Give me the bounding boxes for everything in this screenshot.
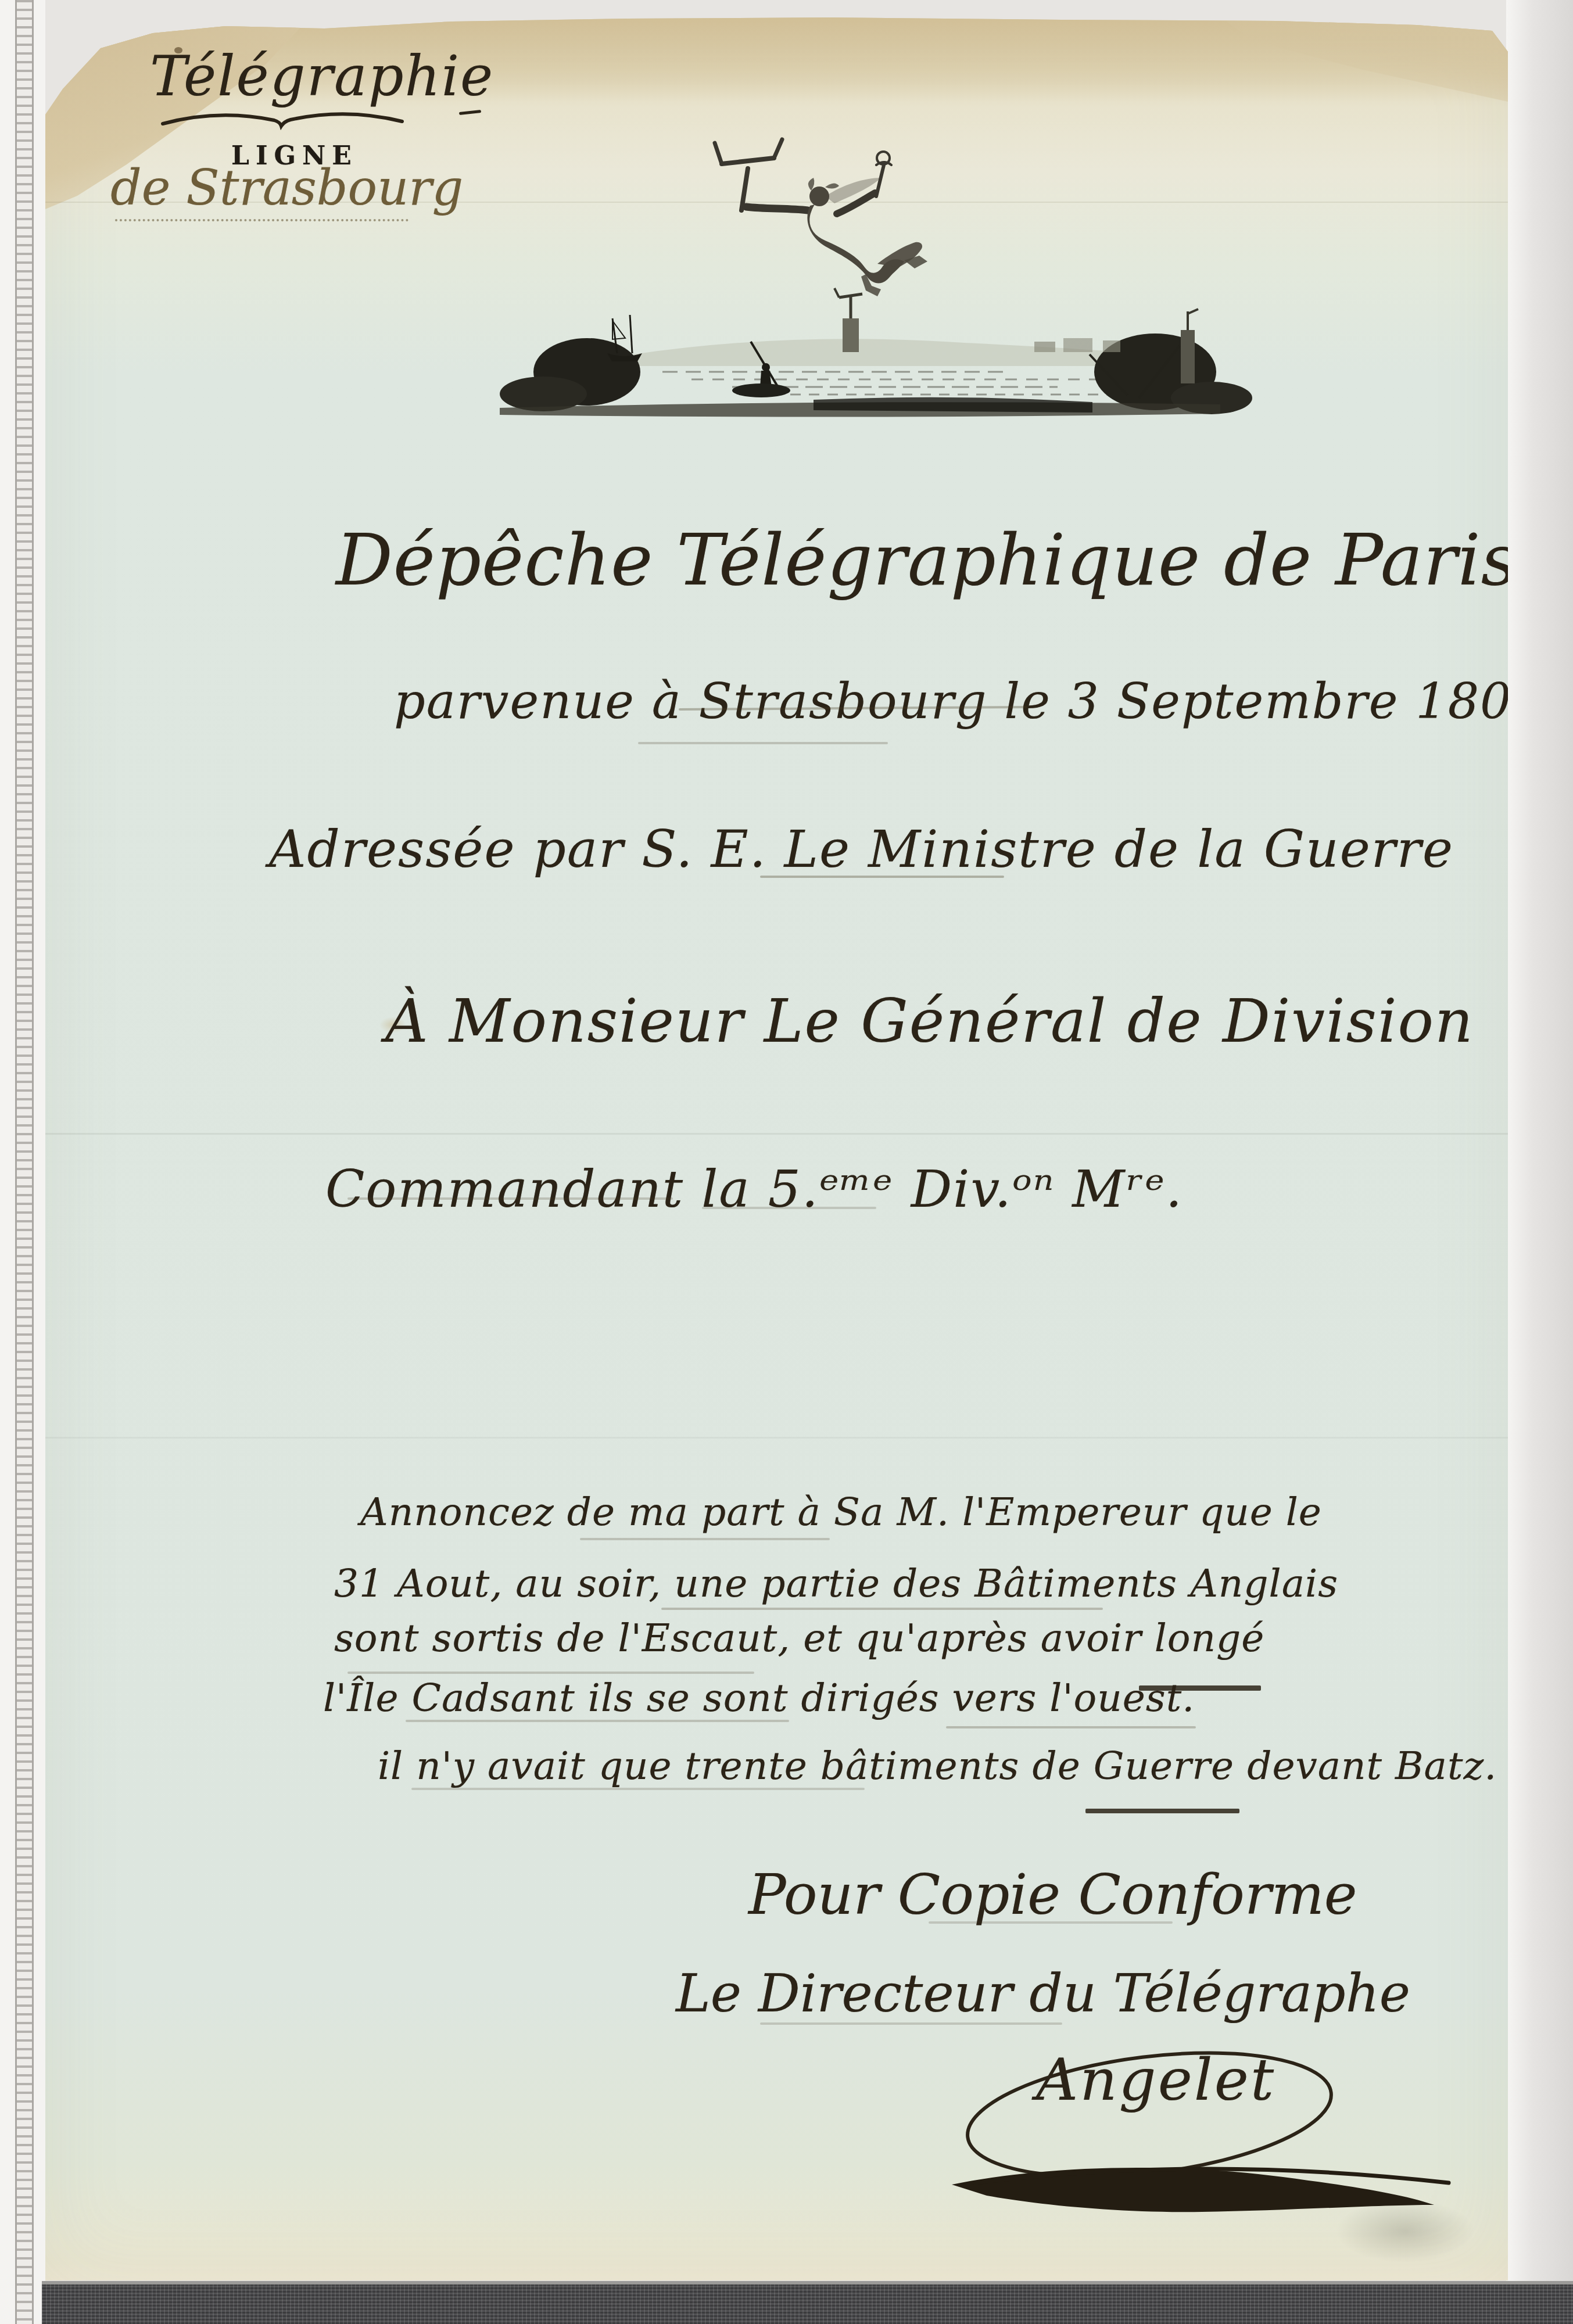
flourish-underline xyxy=(160,111,404,137)
pen-stroke xyxy=(406,1720,789,1722)
body-line-2: 31 Aout, au soir, une partie des Bâtimen… xyxy=(334,1565,1338,1603)
pen-stroke xyxy=(580,1538,830,1540)
dotted-underline xyxy=(115,219,409,221)
certification-line: Pour Copie Conforme xyxy=(748,1867,1357,1923)
pen-stroke xyxy=(702,1207,876,1209)
pen-underline-batz xyxy=(1085,1809,1239,1813)
harbor-vignette-icon xyxy=(488,285,1232,430)
signature-flourish xyxy=(876,2031,1469,2240)
mercury-vignette-icon xyxy=(673,122,975,302)
body-line-3: sont sortis de l'Escaut, et qu'après avo… xyxy=(334,1619,1264,1658)
paper-crease xyxy=(45,1437,1508,1439)
pen-stroke xyxy=(760,2022,1062,2025)
pen-stroke xyxy=(411,1788,865,1790)
pen-dash xyxy=(1139,1685,1261,1691)
dispatch-title: Dépêche Télégraphique de Paris xyxy=(336,525,1518,596)
paper-crease xyxy=(45,1133,1508,1135)
pen-stroke xyxy=(347,1672,754,1674)
letter-sheet: Télégraphie LIGNE de Strasbourg xyxy=(45,15,1508,2280)
pen-stroke xyxy=(347,1197,673,1200)
sleeve-binding-stitch xyxy=(15,0,34,2324)
photograph-of-document: Télégraphie LIGNE de Strasbourg xyxy=(0,0,1573,2324)
pen-stroke xyxy=(760,876,1004,878)
dark-table-band xyxy=(42,2284,1573,2324)
pen-stroke xyxy=(661,1608,1103,1610)
received-at-line: parvenue à Strasbourg le 3 Septembre 180… xyxy=(394,677,1545,726)
pen-stroke xyxy=(929,1921,1173,1924)
body-line-5: il n'y avait que trente bâtiments de Gue… xyxy=(378,1747,1497,1785)
pen-stroke xyxy=(638,742,888,744)
pen-stroke xyxy=(946,1726,1196,1728)
annotation-telegraphie: Télégraphie xyxy=(150,49,494,105)
body-line-1: Annoncez de ma part à Sa M. l'Empereur q… xyxy=(360,1493,1322,1532)
harbor-scene xyxy=(500,288,1252,417)
line-name-strasbourg: de Strasbourg xyxy=(110,163,463,212)
sender-line: Adressée par S. E. Le Ministre de la Gue… xyxy=(269,824,1454,875)
backdrop-right-margin xyxy=(1506,0,1573,2324)
recipient-line-1: À Monsieur Le Général de Division xyxy=(385,992,1474,1052)
signatory-title-line: Le Directeur du Télégraphe xyxy=(676,1968,1410,2020)
pen-dash xyxy=(459,110,481,115)
body-line-4: l'Île Cadsant ils se sont dirigés vers l… xyxy=(323,1679,1195,1717)
telegraph-tower xyxy=(843,318,859,352)
